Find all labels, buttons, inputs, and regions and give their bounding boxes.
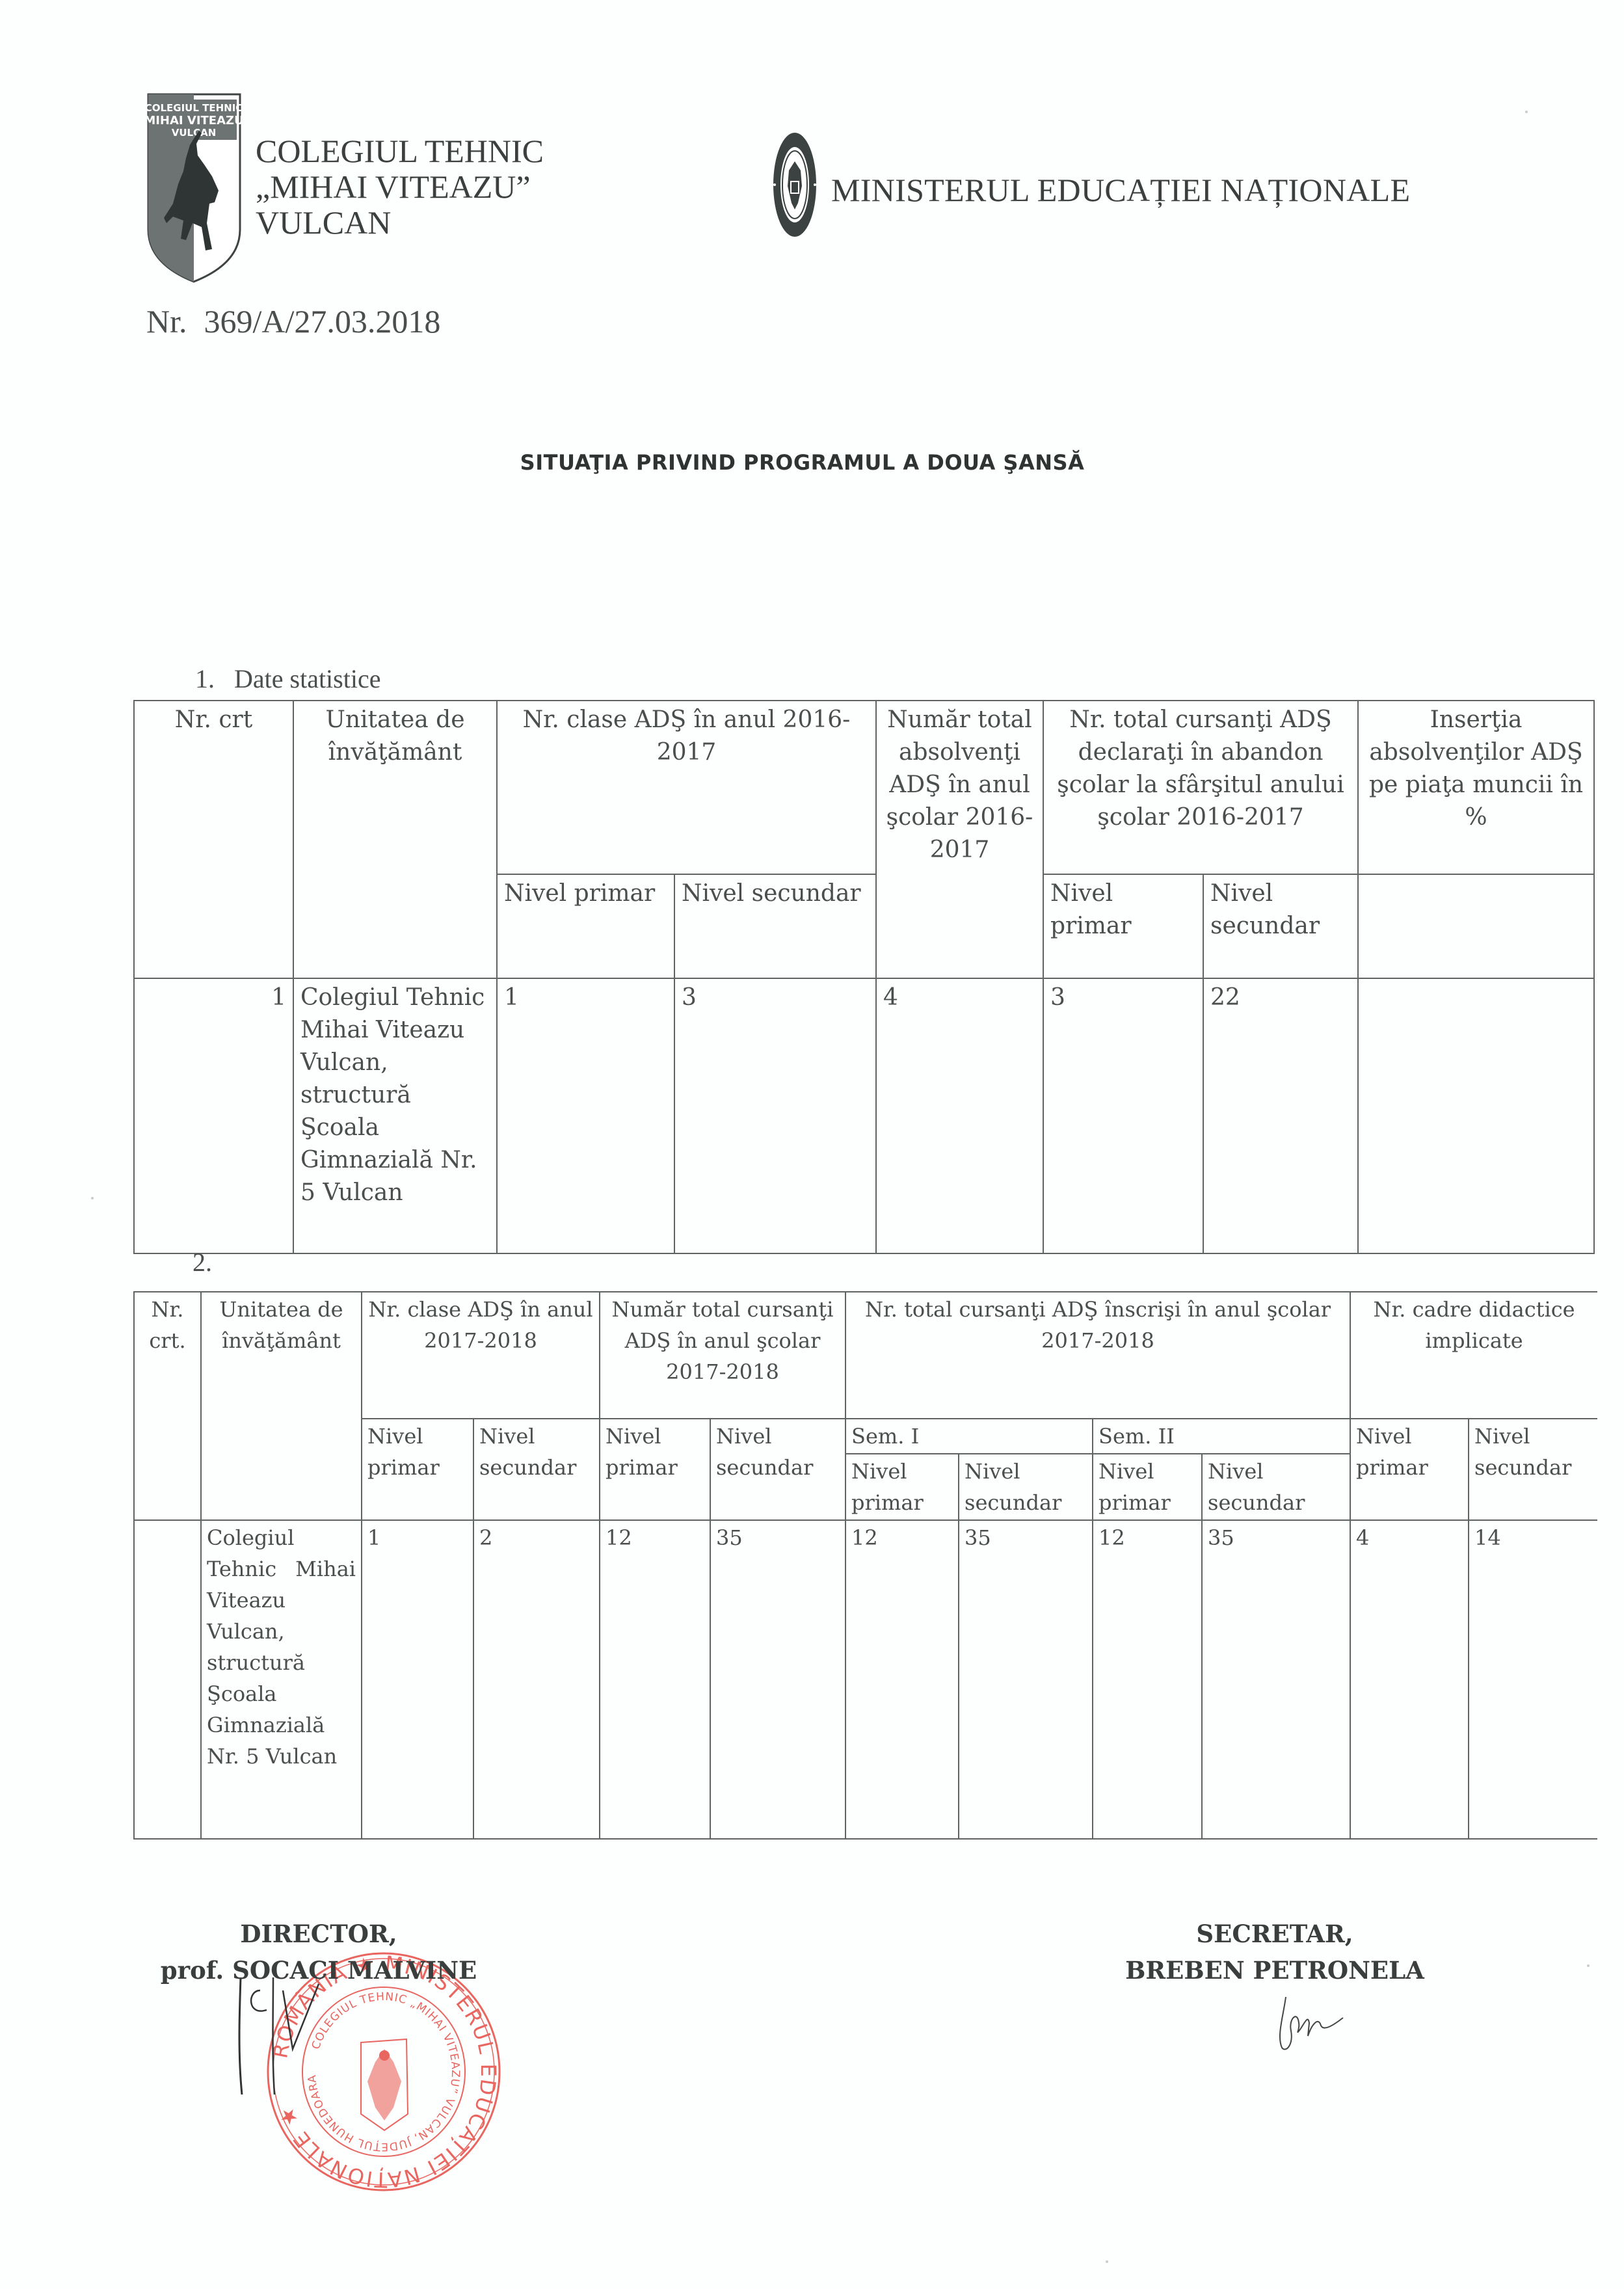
secretary-name: BREBEN PETRONELA (1106, 1952, 1444, 1988)
cell-students-secondary: 35 (710, 1520, 845, 1839)
cell-sem1-primary: 12 (845, 1520, 959, 1839)
cell-students-primary: 12 (600, 1520, 710, 1839)
header-unit: Unitatea de învăţământ (293, 701, 497, 978)
section-1-heading: 1.Date statistice (195, 663, 380, 694)
section-2-heading: 2. (193, 1247, 212, 1278)
section-1-label: Date statistice (234, 664, 380, 693)
header-sem1: Sem. I (845, 1419, 1093, 1454)
svg-text:COLEGIUL TEHNIC: COLEGIUL TEHNIC (147, 102, 241, 114)
cell-insertion (1358, 978, 1594, 1253)
section-2-number: 2. (193, 1248, 212, 1277)
header-classes-secondary: Nivel secundar (674, 874, 876, 978)
header-classes: Nr. clase ADŞ în anul 2016-2017 (497, 701, 876, 874)
secretary-signature (1271, 1990, 1356, 2055)
cell-sem2-primary: 12 (1093, 1520, 1202, 1839)
registration-value: 369/A/27.03.2018 (204, 303, 441, 340)
section-1-number: 1. (195, 664, 215, 693)
school-name: COLEGIUL TEHNIC „MIHAI VITEAZU” VULCAN (256, 133, 544, 241)
header-nr-crt: Nr. crt (134, 701, 293, 978)
header-sem2-primary: Nivel primar (1093, 1454, 1202, 1520)
cell-classes-primary: 1 (497, 978, 674, 1253)
header-classes-secondary: Nivel secundar (473, 1419, 600, 1520)
header-teachers-secondary: Nivel secundar (1469, 1419, 1597, 1520)
document-title-text: SITUAŢIA PRIVIND PROGRAMUL A DOUA ŞANSĂ (520, 450, 1085, 475)
header-classes-primary: Nivel primar (362, 1419, 473, 1520)
cell-nr (134, 1520, 201, 1839)
cell-dropouts-primary: 3 (1043, 978, 1203, 1253)
header-insertion-blank (1358, 874, 1594, 978)
header-teachers: Nr. cadre didactice implicate (1350, 1292, 1597, 1419)
svg-text:VULCAN: VULCAN (172, 127, 217, 139)
secretary-role: SECRETAR, (1106, 1916, 1444, 1952)
cell-sem1-secondary: 35 (959, 1520, 1093, 1839)
header-sem1-secondary: Nivel secundar (959, 1454, 1093, 1520)
cell-dropouts-secondary: 22 (1203, 978, 1358, 1253)
header-enrolled: Nr. total cursanţi ADŞ înscrişi în anul … (845, 1292, 1350, 1419)
document-title: SITUAŢIA PRIVIND PROGRAMUL A DOUA ŞANSĂ (0, 450, 1624, 475)
scan-speck (1525, 111, 1528, 113)
cell-classes-secondary: 2 (473, 1520, 600, 1839)
header-teachers-primary: Nivel primar (1350, 1419, 1469, 1520)
header-insertion: Inserţia absolvenţilor ADŞ pe piaţa munc… (1358, 701, 1594, 874)
cell-sem2-secondary: 35 (1202, 1520, 1350, 1839)
scan-speck (1106, 2260, 1108, 2263)
government-seal-icon (772, 130, 818, 239)
cell-classes-primary: 1 (362, 1520, 473, 1839)
cell-classes-secondary: 3 (674, 978, 876, 1253)
school-name-line3: VULCAN (256, 204, 391, 241)
header-sem2: Sem. II (1093, 1419, 1350, 1454)
header-dropouts-primary: Nivel primar (1043, 874, 1203, 978)
header-dropouts: Nr. total cursanţi ADŞ declaraţi în aban… (1043, 701, 1358, 874)
school-crest-logo: COLEGIUL TEHNIC “MIHAI VITEAZU” VULCAN (147, 93, 241, 283)
header-students-total: Număr total cursanţi ADŞ în anul şcolar … (600, 1292, 845, 1419)
school-name-line2: „MIHAI VITEAZU” (256, 168, 531, 205)
cell-nr: 1 (134, 978, 293, 1253)
cell-unit: Colegiul Tehnic Mihai Viteazu Vulcan, st… (293, 978, 497, 1253)
secretary-signature-block: SECRETAR, BREBEN PETRONELA (1106, 1916, 1444, 1988)
header-graduates: Număr total absolvenţi ADŞ în anul şcola… (876, 701, 1043, 978)
header-nr-crt: Nr. crt. (134, 1292, 201, 1520)
header-classes: Nr. clase ADŞ în anul 2017-2018 (362, 1292, 600, 1419)
statistics-table-2016-2017: Nr. crt Unitatea de învăţământ Nr. clase… (133, 700, 1595, 1254)
cell-unit: Colegiul Tehnic Mihai Viteazu Vulcan, st… (201, 1520, 362, 1839)
table-row: 1 Colegiul Tehnic Mihai Viteazu Vulcan, … (134, 978, 1594, 1253)
header-students-primary: Nivel primar (600, 1419, 710, 1520)
header-students-secondary: Nivel secundar (710, 1419, 845, 1520)
scan-speck (91, 1197, 94, 1199)
director-role: DIRECTOR, (150, 1916, 488, 1952)
scan-speck (1587, 1964, 1590, 1967)
header-sem2-secondary: Nivel secundar (1202, 1454, 1350, 1520)
ministry-name: MINISTERUL EDUCAȚIEI NAȚIONALE (831, 172, 1410, 208)
director-signature-block: DIRECTOR, prof. SOCACI MALVINE (150, 1916, 488, 1988)
cell-teachers-secondary: 14 (1469, 1520, 1597, 1839)
school-name-line1: COLEGIUL TEHNIC (256, 133, 544, 169)
director-name: prof. SOCACI MALVINE (150, 1952, 488, 1988)
header-dropouts-secondary: Nivel secundar (1203, 874, 1358, 978)
header-classes-primary: Nivel primar (497, 874, 674, 978)
cell-teachers-primary: 4 (1350, 1520, 1469, 1839)
header-unit: Unitatea de învăţământ (201, 1292, 362, 1520)
cell-graduates: 4 (876, 978, 1043, 1253)
header-sem1-primary: Nivel primar (845, 1454, 959, 1520)
table-row: Colegiul Tehnic Mihai Viteazu Vulcan, st… (134, 1520, 1597, 1839)
registration-prefix: Nr. (146, 303, 187, 340)
svg-text:“MIHAI VITEAZU”: “MIHAI VITEAZU” (147, 114, 241, 127)
registration-number: Nr.369/A/27.03.2018 (146, 303, 440, 340)
statistics-table-2017-2018: Nr. crt. Unitatea de învăţământ Nr. clas… (133, 1291, 1597, 1840)
